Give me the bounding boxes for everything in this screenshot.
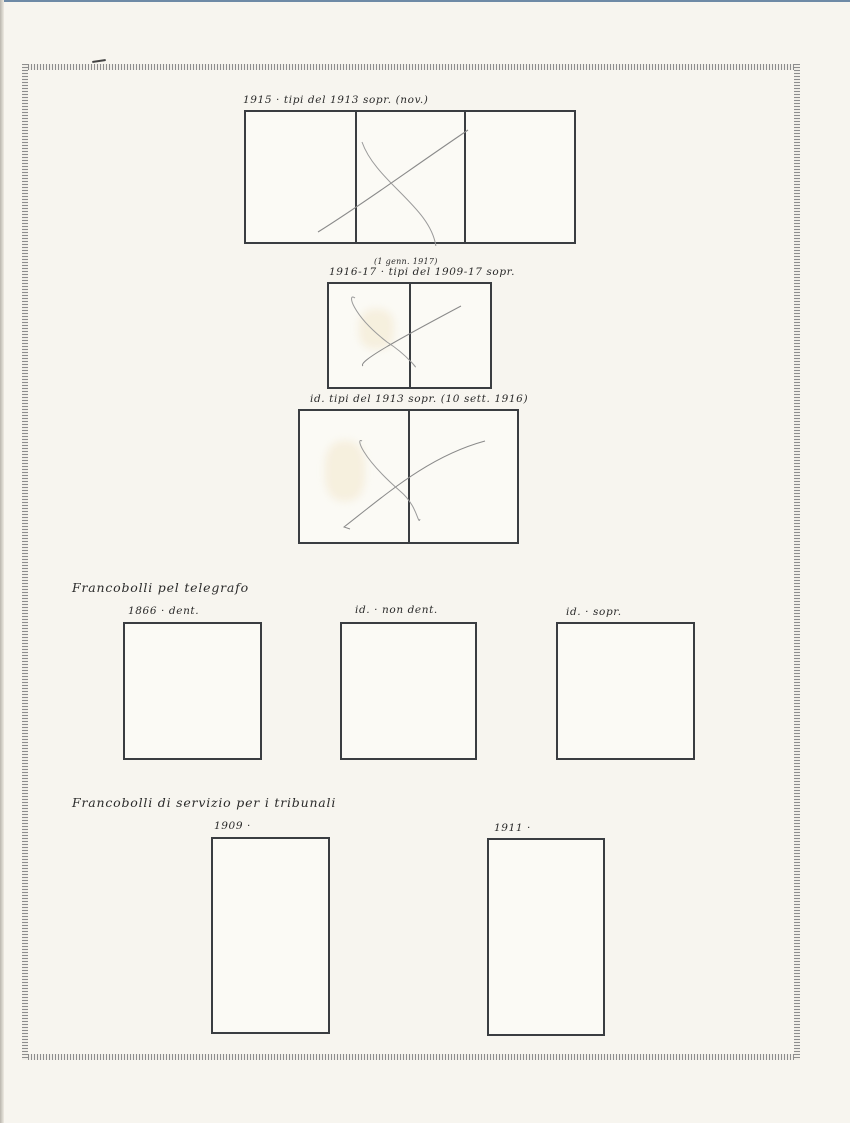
frame-border-left: [22, 64, 28, 1060]
slot-label-1909: 1909 ·: [214, 820, 251, 832]
slot-label-sopr: id. · sopr.: [566, 606, 622, 618]
stamp-slot-1866-dent: [123, 622, 262, 760]
section-heading-tribunali: Francobolli di servizio per i tribunali: [72, 795, 336, 810]
paper-stain: [359, 309, 394, 349]
scan-edge-shadow: [0, 0, 4, 1123]
cell-divider: [464, 110, 466, 244]
frame-border-right: [794, 64, 800, 1060]
slot-label-1911: 1911 ·: [494, 822, 531, 834]
cell-divider: [355, 110, 357, 244]
stamp-slot-non-dent: [340, 622, 477, 760]
paper-stain: [325, 441, 365, 501]
stamp-slot-1909: [211, 837, 330, 1034]
stray-pen-mark: [92, 59, 106, 63]
row-label-1915: 1915 · tipi del 1913 sopr. (nov.): [243, 94, 429, 106]
section-heading-telegrafo: Francobolli pel telegrafo: [72, 580, 249, 595]
stamp-pair-1916-17: [327, 282, 492, 389]
cell-divider: [409, 282, 411, 389]
frame-border-bottom: [22, 1054, 800, 1060]
stamp-slot-sopr: [556, 622, 695, 760]
stamp-slot-1911: [487, 838, 605, 1036]
row-label-1916-17: 1916-17 · tipi del 1909-17 sopr.: [329, 266, 515, 278]
scan-edge-top: [0, 0, 850, 2]
slot-label-non-dent: id. · non dent.: [355, 604, 438, 616]
row-note-date: (1 genn. 1917): [374, 257, 438, 266]
pencil-cross-mark: [329, 284, 494, 391]
stamp-pair-id-1913: [298, 409, 519, 544]
slot-label-1866-dent: 1866 · dent.: [128, 605, 199, 617]
cell-divider: [408, 409, 410, 544]
pencil-cross-mark: [246, 112, 578, 246]
stamp-strip-1915: [244, 110, 576, 244]
row-label-id-1913: id. tipi del 1913 sopr. (10 sett. 1916): [310, 393, 528, 405]
frame-border-top: [22, 64, 800, 70]
